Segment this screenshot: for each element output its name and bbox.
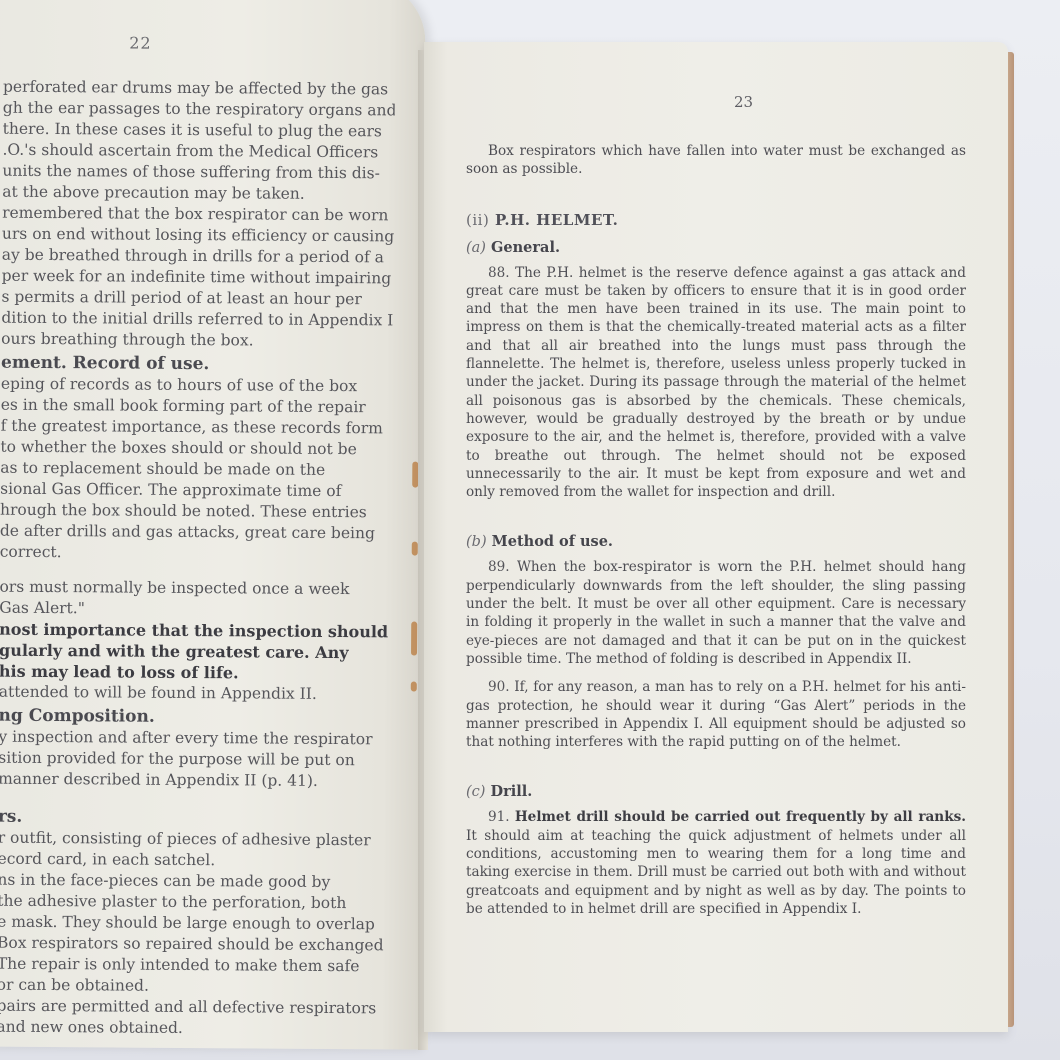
left-page-text-line: correct. (0, 542, 392, 566)
left-page-heading-line: ement. Record of use. (1, 353, 393, 377)
paragraph-91: 91. Helmet drill should be carried out f… (466, 808, 966, 918)
left-page-text-line: Gas Alert." (0, 598, 391, 622)
left-page-text-line: es in the small book forming part of the… (1, 395, 393, 419)
paragraph-90: 90. If, for any reason, a man has to rel… (466, 678, 966, 751)
left-page: 22 perforated ear drums may be affected … (0, 0, 426, 1050)
left-page-text-line: hrough the box should be noted. These en… (0, 500, 392, 524)
right-page: 23 Box respirators which have fallen int… (424, 42, 1008, 1032)
subsection-heading-drill: (c) Drill. (466, 783, 966, 800)
left-page-text-line: The repair is only intended to make them… (0, 954, 389, 978)
left-page-text-line: there. In these cases it is useful to pl… (3, 119, 395, 143)
left-page-text-line: Box respirators so repaired should be ex… (0, 933, 389, 957)
section-label: (ii) (466, 211, 489, 229)
left-page-text-line: ay be breathed through in drills for a p… (2, 245, 394, 269)
left-page-text-line: his may lead to loss of life. (0, 661, 391, 685)
left-page-text-line: the adhesive plaster to the perforation,… (0, 891, 389, 915)
left-page-text-line: attended to will be found in Appendix II… (0, 682, 391, 706)
left-page-text-line: units the names of those suffering from … (2, 161, 394, 185)
left-page-text-line: dition to the initial drills referred to… (1, 308, 393, 332)
left-page-text-line: ors must normally be inspected once a we… (0, 577, 392, 601)
left-page-text-line: as to replacement should be made on the (0, 458, 392, 482)
right-page-number: 23 (734, 93, 753, 111)
right-page-content: Box respirators which have fallen into w… (466, 142, 966, 918)
left-page-text-line: and new ones obtained. (0, 1017, 388, 1041)
rust-stain (411, 682, 417, 692)
rust-stain (412, 542, 418, 556)
left-page-content: 22 perforated ear drums may be affected … (4, 0, 384, 1)
section-title: P.H. HELMET. (495, 211, 618, 229)
subsection-heading-general: (a) General. (466, 239, 966, 256)
left-page-text-line: f the greatest importance, as these reco… (1, 416, 393, 440)
left-page-text-line: nost importance that the inspection shou… (0, 619, 391, 643)
left-page-text-line: eping of records as to hours of use of t… (1, 374, 393, 398)
left-page-text-line: urs on end without losing its efficiency… (2, 224, 394, 248)
paragraph-89: 89. When the box-respirator is worn the … (466, 558, 966, 668)
left-page-text-line: y inspection and after every time the re… (0, 727, 391, 751)
left-page-text-line: ecord card, in each satchel. (0, 849, 390, 873)
left-page-text-line: remembered that the box respirator can b… (2, 203, 394, 227)
left-page-text-line: to whether the boxes should or should no… (0, 437, 392, 461)
left-page-text-line: per week for an indefinite time without … (2, 266, 394, 290)
left-page-text-line: .O.'s should ascertain from the Medical … (2, 140, 394, 164)
subsection-heading-method-of-use: (b) Method of use. (466, 533, 966, 550)
left-page-heading-line: rs. (0, 807, 390, 831)
left-page-text-line: r outfit, consisting of pieces of adhesi… (0, 828, 390, 852)
left-page-text-line: de after drills and gas attacks, great c… (0, 521, 392, 545)
left-page-text: perforated ear drums may be affected by … (0, 77, 395, 1041)
rust-stain (411, 622, 417, 656)
left-page-text-line: pairs are permitted and all defective re… (0, 996, 389, 1020)
left-page-text-line: sition provided for the purpose will be … (0, 748, 390, 772)
left-page-text-line: manner described in Appendix II (p. 41). (0, 769, 390, 793)
left-page-text-line: or can be obtained. (0, 975, 389, 999)
left-page-text-line: gh the ear passages to the respiratory o… (3, 98, 395, 122)
left-page-number: 22 (129, 34, 151, 53)
left-page-text-line: e mask. They should be large enough to o… (0, 912, 389, 936)
left-page-text-line (0, 790, 390, 807)
left-page-heading-line: ng Composition. (0, 706, 391, 730)
paragraph-88: 88. The P.H. helmet is the reserve defen… (466, 264, 966, 502)
booklet-photo: 22 perforated ear drums may be affected … (0, 0, 1060, 1060)
left-page-text-line: perforated ear drums may be affected by … (3, 77, 395, 101)
left-page-text-line: ns in the face-pieces can be made good b… (0, 870, 390, 894)
left-page-text-line: gularly and with the greatest care. Any (0, 640, 391, 664)
intro-paragraph: Box respirators which have fallen into w… (466, 142, 966, 179)
left-page-text-line: s permits a drill period of at least an … (1, 287, 393, 311)
left-page-text-line: at the above precaution may be taken. (2, 182, 394, 206)
left-page-text-line: ours breathing through the box. (1, 329, 393, 353)
left-page-text-line: sional Gas Officer. The approximate time… (0, 479, 392, 503)
section-heading: (ii) P.H. HELMET. (466, 211, 966, 229)
